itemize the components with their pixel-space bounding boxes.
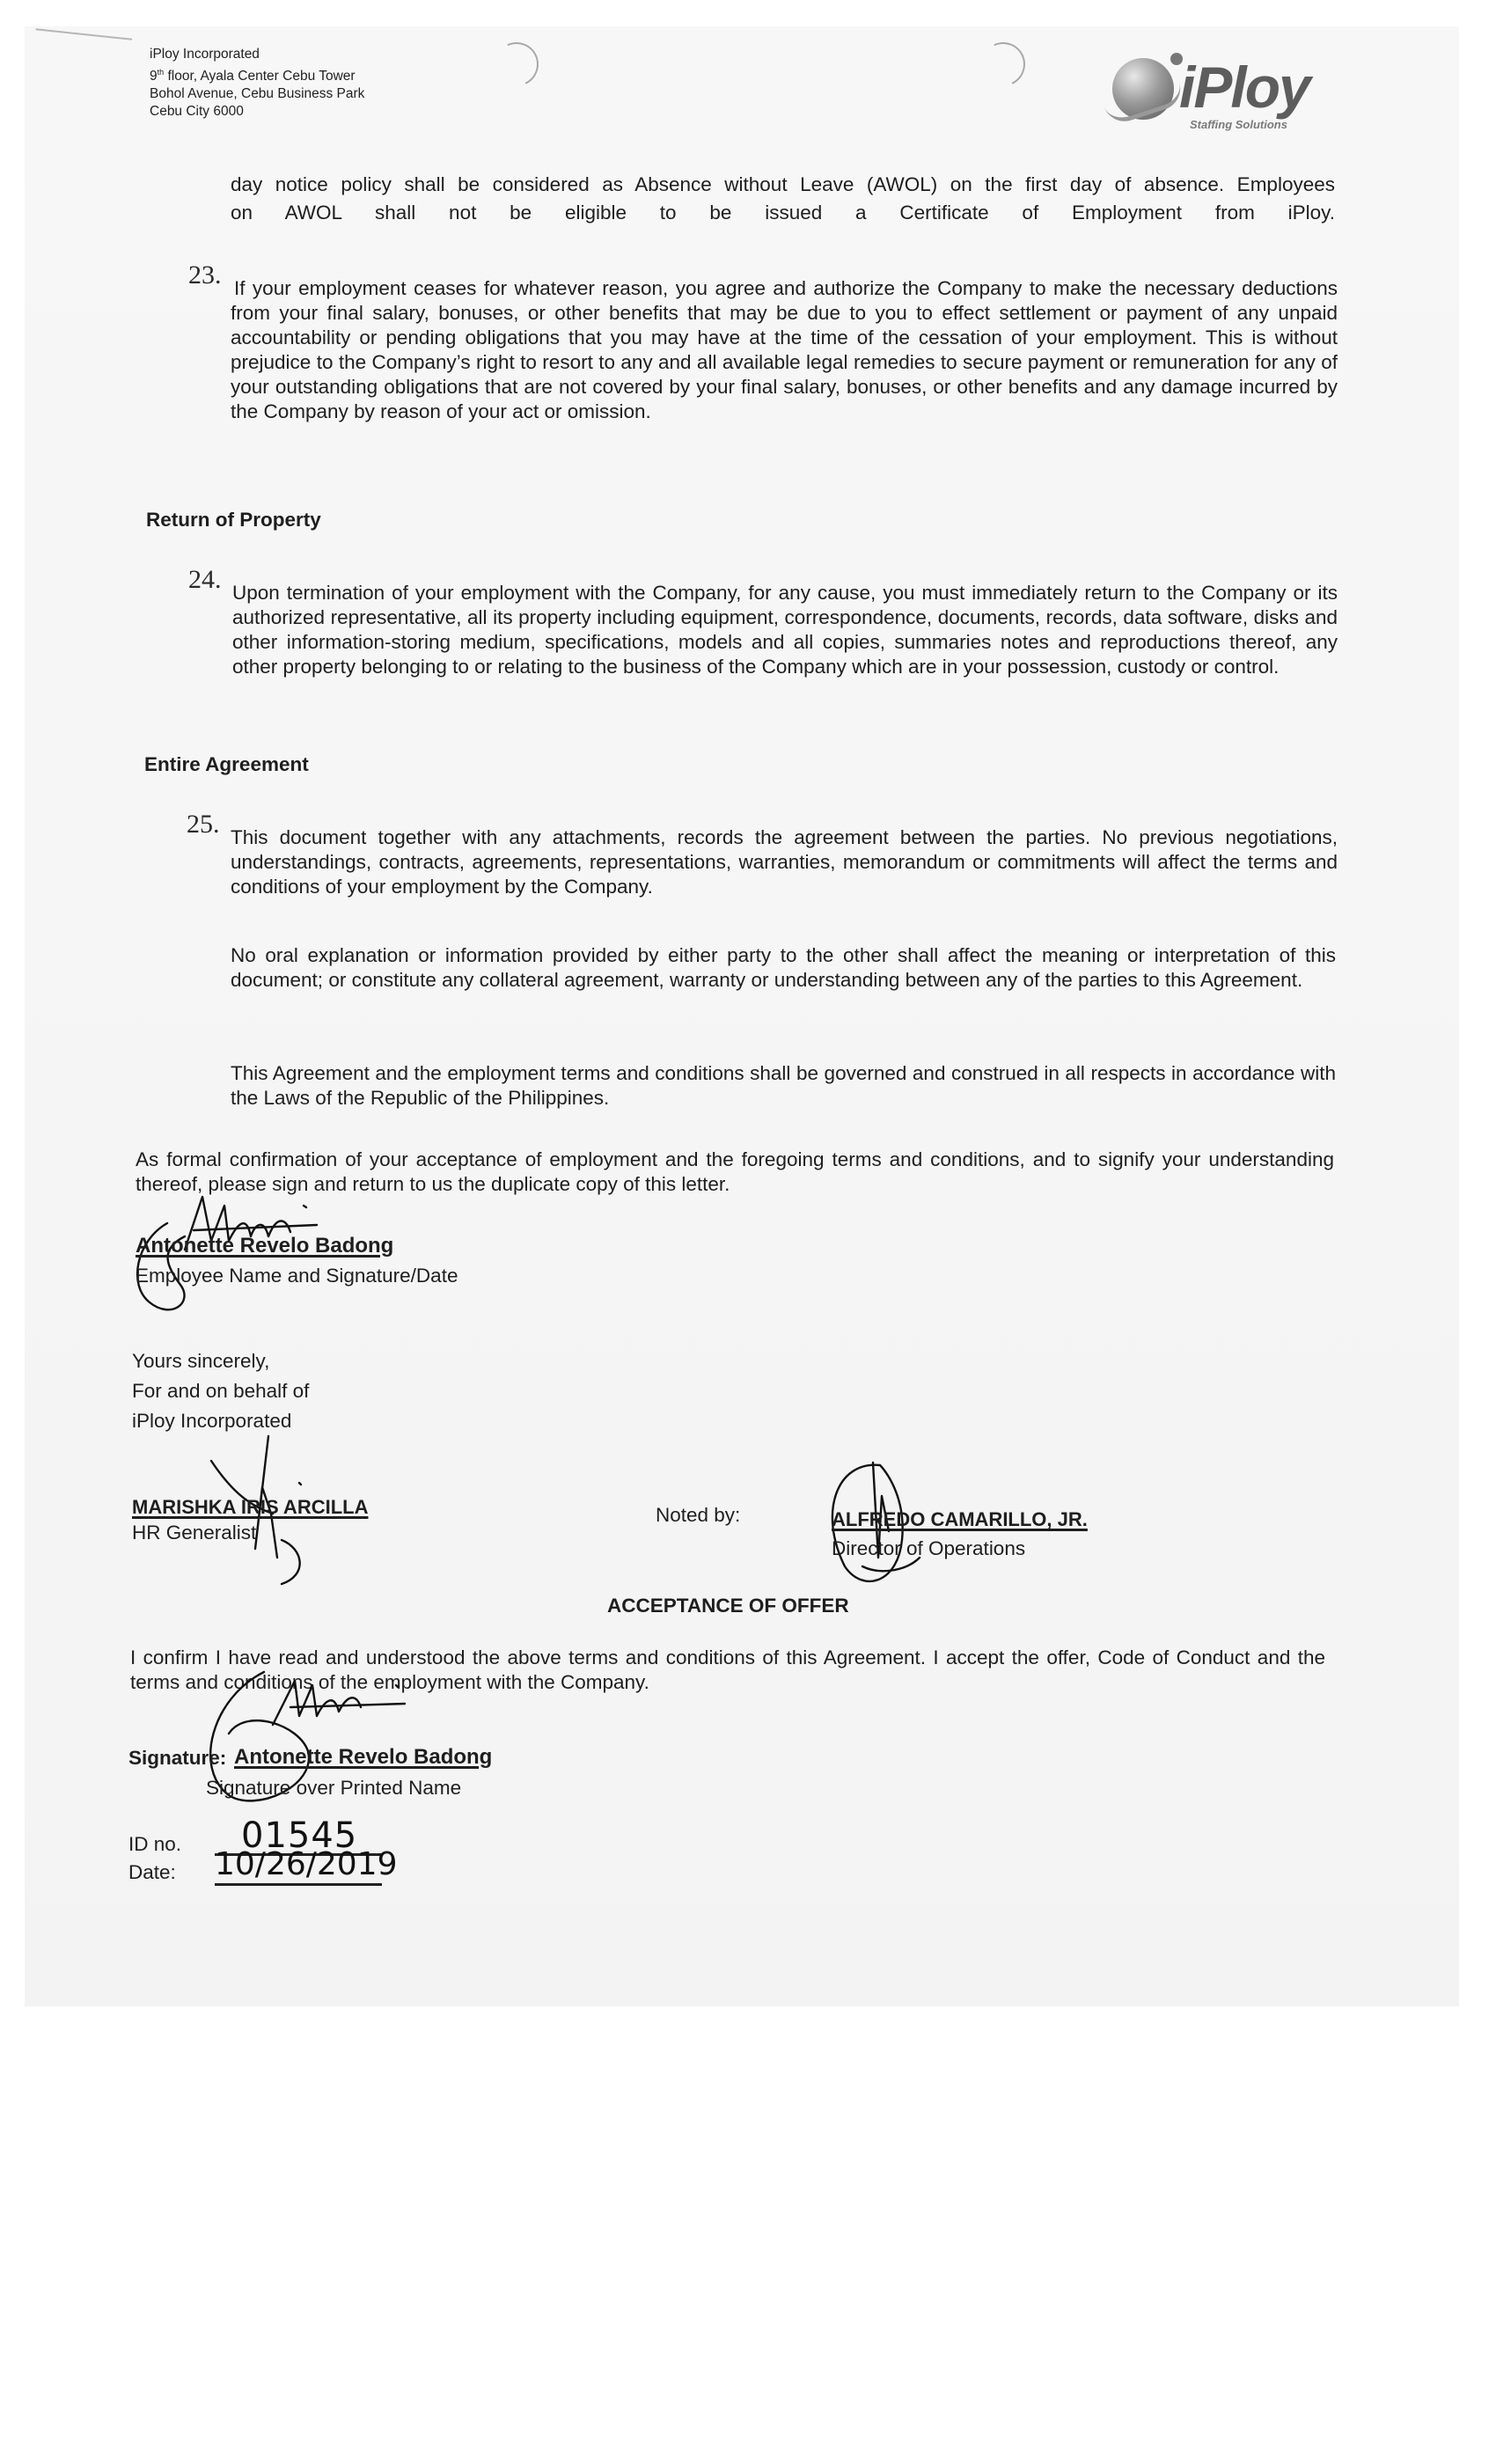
clause-number: 23.: [188, 260, 222, 290]
director-title: Director of Operations: [832, 1536, 1025, 1561]
clause-25-paragraph-3: This Agreement and the employment terms …: [231, 1061, 1336, 1111]
noted-by-label: Noted by:: [656, 1503, 740, 1528]
section-heading: Entire Agreement: [144, 753, 309, 776]
signature-label: Signature:: [128, 1746, 226, 1771]
clause-25-paragraph-2: No oral explanation or information provi…: [231, 943, 1336, 993]
floor-text: floor, Ayala Center Cebu Tower: [164, 69, 355, 84]
closing-line: iPloy Incorporated: [132, 1406, 309, 1436]
clause-24-text: Upon termination of your employment with…: [232, 581, 1338, 679]
closing-block: Yours sincerely, For and on behalf of iP…: [132, 1346, 309, 1436]
address-line: Cebu City 6000: [150, 103, 364, 121]
closing-line: Yours sincerely,: [132, 1346, 309, 1376]
floor-number: 9: [150, 69, 158, 84]
signature-caption: Signature over Printed Name: [206, 1776, 461, 1800]
clause-23-text: If your employment ceases for whatever r…: [231, 276, 1338, 424]
closing-line: For and on behalf of: [132, 1376, 309, 1406]
employee-name: Antonette Revelo Badong: [136, 1234, 393, 1258]
id-label: ID no.: [128, 1832, 181, 1857]
date-value: 10/26/2019: [215, 1846, 382, 1886]
floor-suffix: th: [158, 68, 165, 77]
clause-number: 24.: [188, 565, 222, 595]
acceptance-title: ACCEPTANCE OF OFFER: [607, 1595, 849, 1617]
hr-title: HR Generalist: [132, 1521, 256, 1545]
acceptance-signature-name: Antonette Revelo Badong: [234, 1745, 492, 1770]
clause-25-text: This document together with any attachme…: [231, 825, 1338, 899]
continuation-line-1: day notice policy shall be considered as…: [231, 172, 1335, 197]
company-logo: iPloy Staffing Solutions: [1111, 51, 1348, 139]
hr-name: MARISHKA IRIS ARCILLA: [132, 1496, 368, 1519]
section-heading: Return of Property: [146, 509, 321, 532]
address-line: Bohol Avenue, Cebu Business Park: [150, 85, 364, 103]
director-name: ALFREDO CAMARILLO, JR.: [832, 1508, 1088, 1531]
address-line: 9th floor, Ayala Center Cebu Tower: [150, 63, 364, 85]
date-label: Date:: [128, 1860, 176, 1885]
address-line: iPloy Incorporated: [150, 46, 364, 63]
continuation-line-2: on AWOL shall not be eligible to be issu…: [231, 201, 1335, 225]
logo-tagline: Staffing Solutions: [1190, 118, 1287, 131]
logo-wordmark: iPloy: [1179, 58, 1309, 116]
company-address: iPloy Incorporated 9th floor, Ayala Cent…: [150, 46, 364, 121]
employee-caption: Employee Name and Signature/Date: [136, 1264, 458, 1288]
clause-number: 25.: [187, 810, 220, 840]
